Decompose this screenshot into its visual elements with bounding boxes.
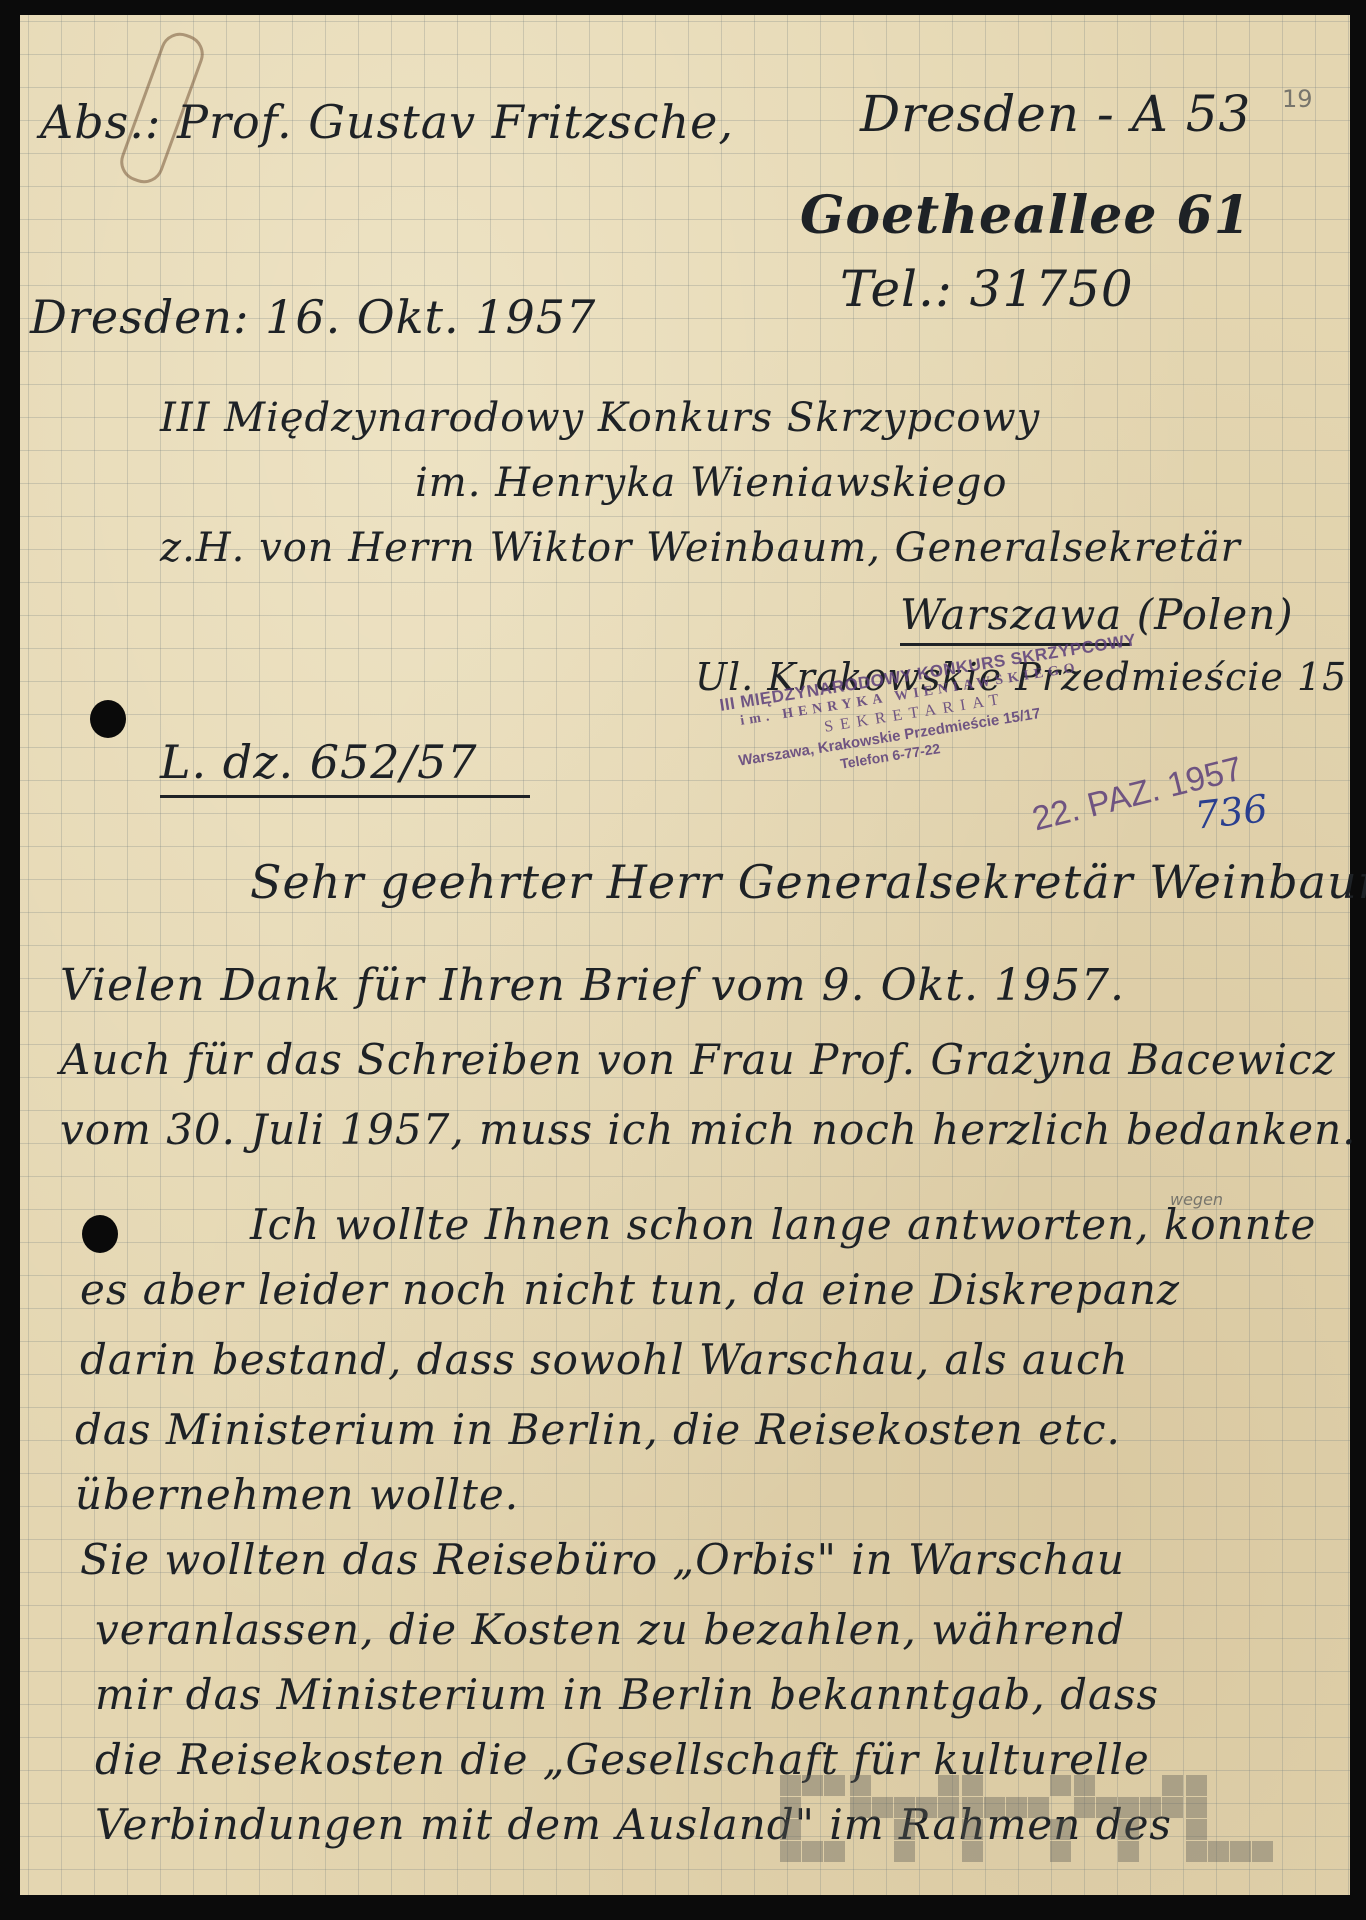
sender-name: Abs.: Prof. Gustav Fritzsche, (40, 95, 734, 149)
body-line: mir das Ministerium in Berlin bekanntgab… (95, 1670, 1159, 1719)
body-line: die Reisekosten die „Gesellschaft für ku… (95, 1735, 1150, 1784)
body-line: übernehmen wollte. (75, 1470, 519, 1519)
recipient-line2: im. Henryka Wieniawskiego (415, 460, 1007, 506)
punch-hole (82, 1215, 118, 1253)
registry-number: 736 (1193, 786, 1270, 837)
recipient-line4: Warszawa (Polen) (900, 590, 1294, 639)
body-line: das Ministerium in Berlin, die Reisekost… (75, 1405, 1121, 1454)
letter-page: 19 Abs.: Prof. Gustav Fritzsche, Dresden… (20, 15, 1350, 1895)
body-line: darin bestand, dass sowohl Warschau, als… (80, 1335, 1129, 1384)
body-line: Vielen Dank für Ihren Brief vom 9. Okt. … (60, 960, 1125, 1011)
punch-hole (90, 700, 126, 738)
body-line: Ich wollte Ihnen schon lange antworten, … (250, 1200, 1316, 1249)
body-line: Sie wollten das Reisebüro „Orbis" in War… (80, 1535, 1125, 1584)
recipient-line3: z.H. von Herrn Wiktor Weinbaum, Generals… (160, 525, 1241, 571)
page-number: 19 (1282, 85, 1313, 113)
recipient-line1: III Międzynarodowy Konkurs Skrzypcowy (160, 395, 1040, 441)
body-line: Auch für das Schreiben von Frau Prof. Gr… (60, 1035, 1336, 1084)
sender-street: Goetheallee 61 (800, 185, 1251, 246)
reference-number: L. dz. 652/57 (160, 735, 478, 789)
place-date: Dresden: 16. Okt. 1957 (30, 290, 596, 344)
body-line: vom 30. Juli 1957, muss ich mich noch he… (60, 1105, 1356, 1154)
underline (160, 795, 530, 798)
sender-phone: Tel.: 31750 (840, 260, 1134, 318)
body-line: veranlassen, die Kosten zu bezahlen, wäh… (95, 1605, 1125, 1654)
sender-city: Dresden - A 53 (860, 85, 1251, 143)
salutation: Sehr geehrter Herr Generalsekretär Weinb… (250, 855, 1366, 909)
body-line: es aber leider noch nicht tun, da eine D… (80, 1265, 1180, 1314)
